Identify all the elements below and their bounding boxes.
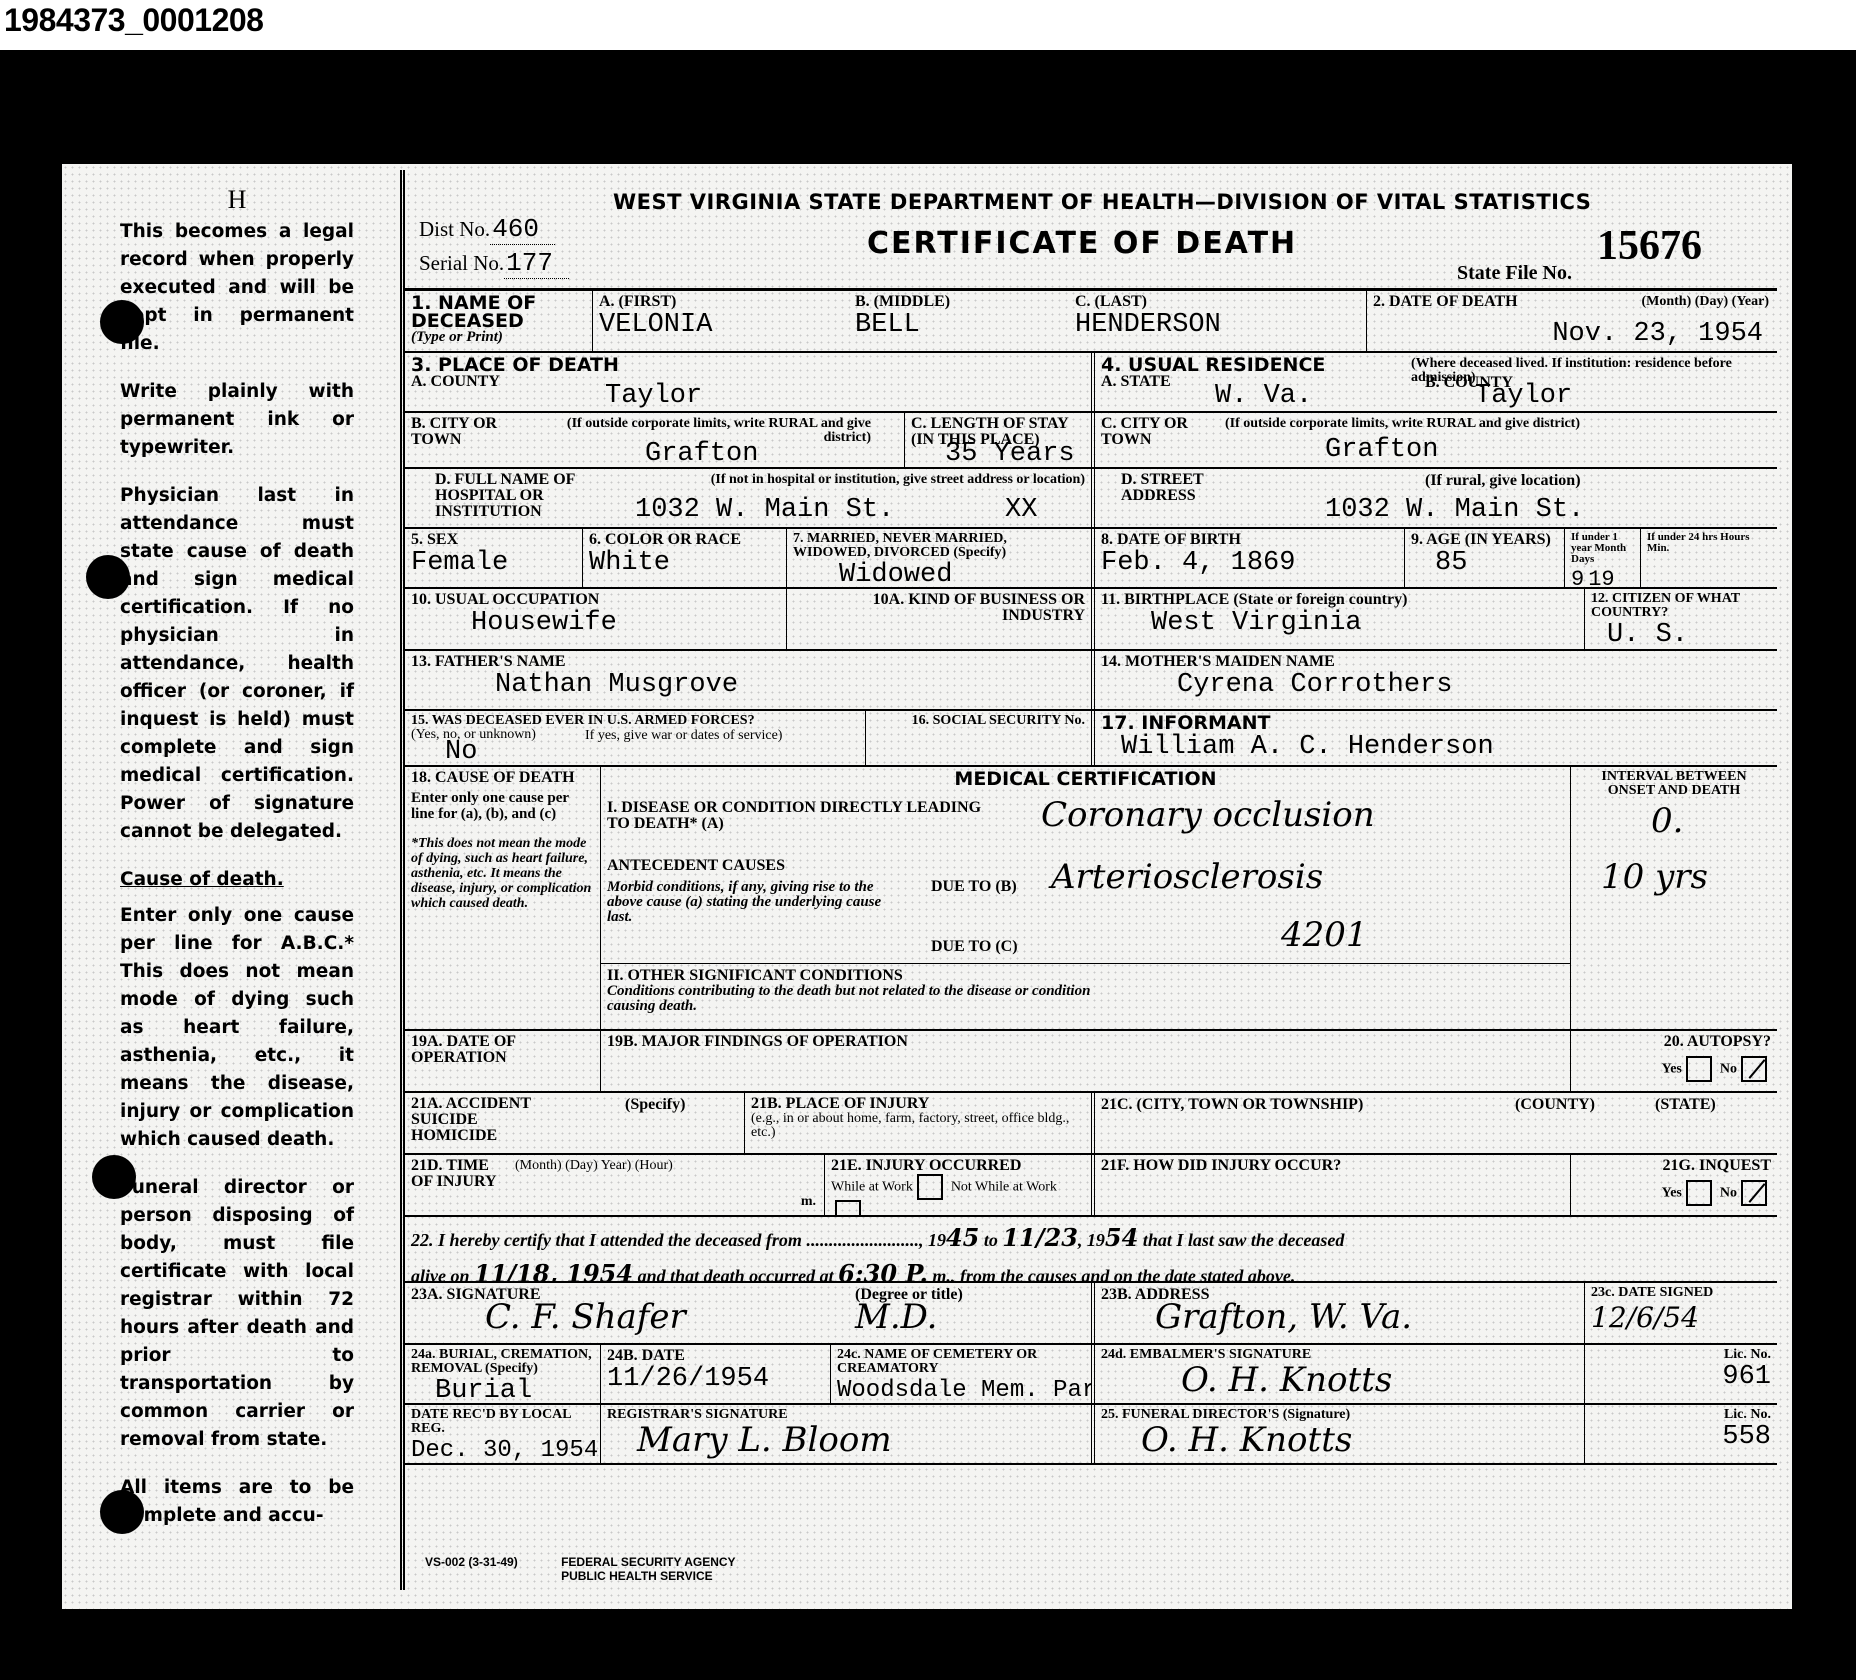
hospital-cell: d. FULL NAME OF HOSPITAL OR INSTITUTION …	[405, 469, 1095, 527]
row-armed-forces: 15. WAS DECEASED EVER IN U.S. ARMED FORC…	[405, 711, 1777, 767]
burial-type: Burial	[411, 1376, 594, 1403]
date-of-birth: Feb. 4, 1869	[1101, 548, 1398, 578]
under-24-hours-cell: If under 24 hrs Hours Min.	[1641, 529, 1777, 587]
hospital-mark: XX	[1005, 495, 1037, 525]
residence-street: 1032 W. Main St.	[1325, 495, 1584, 525]
mother-name: Cyrena Corrothers	[1101, 670, 1771, 700]
form-grid: 1. NAME OF DECEASED (Type or Print) a. (…	[405, 288, 1777, 1465]
registrar-signature: Mary L. Bloom	[607, 1422, 1085, 1458]
physician-signature: C. F. Shafer	[485, 1299, 686, 1335]
embalmer-signature: O. H. Knotts	[1101, 1362, 1578, 1398]
date-signed-cell: 23c. DATE SIGNED 12/6/54	[1585, 1283, 1777, 1343]
cause-a: Coronary occlusion	[1041, 797, 1375, 833]
age-days: 19	[1588, 567, 1614, 587]
row-city: b. CITY OR TOWN (If outside corporate li…	[405, 413, 1777, 469]
burial-date-cell: 24b. DATE 11/26/1954	[601, 1345, 831, 1403]
physician-degree: M.D.	[855, 1299, 937, 1335]
instruction-write: Write plainly with permanent ink or type…	[120, 378, 354, 462]
sidebar-marker: H	[120, 186, 354, 214]
registrar-signature-cell: REGISTRAR'S SIGNATURE Mary L. Bloom	[601, 1405, 1095, 1463]
medical-certification-title: MEDICAL CERTIFICATION	[607, 770, 1564, 788]
dist-no-value: 460	[490, 214, 555, 245]
instruction-cause: Enter only one cause per line for A.B.C.…	[120, 902, 354, 1154]
race: White	[589, 548, 780, 578]
operation-date-cell: 19a. DATE OF OPERATION	[405, 1031, 601, 1091]
first-name: VELONIA	[599, 310, 843, 340]
marital-status: Widowed	[793, 560, 1085, 587]
instruction-funeral: Funeral director or person disposing of …	[120, 1174, 354, 1454]
state-file-no: 15676	[1597, 222, 1702, 270]
form-footer: VS-002 (3-31-49) FEDERAL SECURITY AGENCY…	[425, 1555, 781, 1583]
residence-county: Taylor	[1475, 381, 1572, 411]
date-of-death-cell: 2. DATE OF DEATH (Month) (Day) (Year) No…	[1367, 291, 1777, 351]
informant: William A. C. Henderson	[1101, 732, 1771, 762]
inquest-yes-checkbox[interactable]	[1686, 1180, 1712, 1206]
armed-forces-cell: 15. WAS DECEASED EVER IN U.S. ARMED FORC…	[405, 711, 865, 765]
citizenship: U. S.	[1591, 620, 1771, 649]
funeral-director-signature: O. H. Knotts	[1101, 1422, 1578, 1458]
inquest-cell: 21g. INQUEST Yes No	[1571, 1155, 1777, 1215]
punch-hole-3	[92, 1155, 136, 1199]
birthplace-cell: 11. BIRTHPLACE (State or foreign country…	[1095, 589, 1585, 649]
row-injury-time: 21d. TIME OF INJURY (Month) (Day) Year) …	[405, 1155, 1777, 1217]
row-burial: 24a. BURIAL, CREMATION, REMOVAL (Specify…	[405, 1345, 1777, 1405]
row-occupation: 10. USUAL OCCUPATION Housewife 10a. KIND…	[405, 589, 1777, 651]
funeral-lic-cell: Lic. No. 558	[1585, 1405, 1777, 1463]
place-city-cell: b. CITY OR TOWN (If outside corporate li…	[405, 413, 905, 467]
cemetery-cell: 24c. NAME OF CEMETERY OR CREAMATORY Wood…	[831, 1345, 1095, 1403]
place-county-cell: 3. PLACE OF DEATH a. COUNTY Taylor	[405, 353, 1095, 411]
row-place: 3. PLACE OF DEATH a. COUNTY Taylor 4. US…	[405, 353, 1777, 413]
cause-instructions-cell: 18. CAUSE OF DEATH Enter only one cause …	[405, 767, 601, 1029]
occupation-cell: 10. USUAL OCCUPATION Housewife	[405, 589, 787, 649]
other-conditions: II. OTHER SIGNIFICANT CONDITIONS Conditi…	[601, 963, 1570, 1018]
marital-cell: 7. MARRIED, NEVER MARRIED, WIDOWED, DIVO…	[787, 529, 1095, 587]
certification-statement: 22. I hereby certify that I attended the…	[405, 1217, 1777, 1281]
cause-b: Arteriosclerosis	[1051, 859, 1323, 895]
inquest-no-checkbox[interactable]	[1741, 1180, 1767, 1206]
row-medical: 18. CAUSE OF DEATH Enter only one cause …	[405, 767, 1777, 1031]
row-operation: 19a. DATE OF OPERATION 19b. MAJOR FINDIN…	[405, 1031, 1777, 1093]
not-while-at-work-checkbox[interactable]	[835, 1200, 861, 1215]
row-personal: 5. SEX Female 6. COLOR OR RACE White 7. …	[405, 529, 1777, 589]
age-cell: 9. AGE (In years) 85	[1405, 529, 1565, 587]
last-name: HENDERSON	[1075, 310, 1360, 340]
middle-name-cell: b. (Middle) BELL	[849, 291, 1069, 351]
funeral-lic-no: 558	[1591, 1422, 1771, 1452]
instruction-legal: This becomes a legal record when properl…	[120, 218, 354, 358]
middle-name: BELL	[855, 310, 1063, 340]
certificate-title: CERTIFICATE OF DEATH	[867, 226, 1297, 261]
row-injury-type: 21a. ACCIDENT SUICIDE HOMICIDE (Specify)…	[405, 1093, 1777, 1155]
last-name-cell: c. (Last) HENDERSON	[1069, 291, 1367, 351]
hospital-address: 1032 W. Main St.	[635, 495, 894, 525]
cause-of-death-heading: Cause of death.	[120, 866, 354, 894]
residence-state-cell: 4. USUAL RESIDENCE (Where deceased lived…	[1095, 353, 1777, 411]
embalmer-cell: 24d. EMBALMER'S SIGNATURE O. H. Knotts	[1095, 1345, 1585, 1403]
birthplace: West Virginia	[1101, 608, 1578, 638]
embalmer-lic-no: 961	[1591, 1362, 1771, 1392]
injury-place-cell: 21b. PLACE OF INJURY (e.g., in or about …	[745, 1093, 1095, 1153]
agency: FEDERAL SECURITY AGENCY PUBLIC HEALTH SE…	[561, 1555, 781, 1583]
date-received-cell: DATE REC'D BY LOCAL REG. Dec. 30, 1954	[405, 1405, 601, 1463]
instruction-complete: All items are to be complete and accu-	[120, 1474, 354, 1530]
funeral-director-cell: 25. FUNERAL DIRECTOR'S (Signature) O. H.…	[1095, 1405, 1585, 1463]
autopsy-cell: 20. AUTOPSY? Yes No	[1571, 1031, 1777, 1091]
death-certificate-form: WEST VIRGINIA STATE DEPARTMENT OF HEALTH…	[400, 170, 1772, 1590]
interval-a: 0.	[1651, 803, 1683, 839]
embalmer-lic-cell: Lic. No. 961	[1585, 1345, 1777, 1403]
mother-cell: 14. MOTHER'S MAIDEN NAME Cyrena Corrothe…	[1095, 651, 1777, 709]
row-address: d. FULL NAME OF HOSPITAL OR INSTITUTION …	[405, 469, 1777, 529]
autopsy-yes-checkbox[interactable]	[1686, 1056, 1712, 1082]
dob-cell: 8. DATE OF BIRTH Feb. 4, 1869	[1095, 529, 1405, 587]
place-county: Taylor	[605, 381, 702, 411]
causes-cell: MEDICAL CERTIFICATION I. DISEASE OR COND…	[601, 767, 1571, 1029]
burial-date: 11/26/1954	[607, 1364, 824, 1394]
residence-city-cell: c. CITY OR TOWN (If outside corporate li…	[1095, 413, 1777, 467]
serial-no-field: Serial No.177	[419, 248, 569, 278]
ssn-cell: 16. SOCIAL SECURITY No.	[865, 711, 1095, 765]
armed-forces-answer: No	[445, 737, 477, 765]
last-seen-alive: 11/18, 1954	[474, 1259, 633, 1281]
race-cell: 6. COLOR OR RACE White	[583, 529, 787, 587]
time-of-death: 6:30 P.	[838, 1259, 928, 1281]
row-signature: 23a. SIGNATURE (Degree or title) C. F. S…	[405, 1283, 1777, 1345]
father-cell: 13. FATHER'S NAME Nathan Musgrove	[405, 651, 1095, 709]
cause-c: 4201	[1281, 917, 1368, 953]
informant-cell: 17. INFORMANT William A. C. Henderson	[1095, 711, 1777, 765]
date-received: Dec. 30, 1954	[411, 1436, 594, 1463]
injury-time-cell: 21d. TIME OF INJURY (Month) (Day) Year) …	[405, 1155, 825, 1215]
dist-no-field: Dist No.460	[419, 214, 555, 244]
punch-hole-1	[100, 300, 144, 344]
name-label-cell: 1. NAME OF DECEASED (Type or Print)	[405, 291, 593, 351]
residence-state: W. Va.	[1215, 381, 1312, 411]
physician-address: Grafton, W. Va.	[1155, 1299, 1412, 1335]
physician-address-cell: 23b. ADDRESS Grafton, W. Va.	[1095, 1283, 1585, 1343]
instruction-physician: Physician last in attendance must state …	[120, 482, 354, 846]
cemetery-name: Woodsdale Mem. Park.	[837, 1376, 1085, 1403]
date-of-death: Nov. 23, 1954	[1552, 319, 1763, 349]
attended-to-date: 11/23	[1002, 1223, 1078, 1252]
row-parents: 13. FATHER'S NAME Nathan Musgrove 14. MO…	[405, 651, 1777, 711]
injury-location-cell: 21c. (CITY, TOWN OR TOWNSHIP) (COUNTY) (…	[1095, 1093, 1777, 1153]
occupation: Housewife	[411, 608, 780, 638]
serial-no-value: 177	[504, 248, 569, 279]
age-months: 9	[1571, 567, 1584, 587]
length-of-stay: 35 Years	[945, 439, 1075, 467]
row-name: 1. NAME OF DECEASED (Type or Print) a. (…	[405, 291, 1777, 353]
punch-hole-2	[86, 555, 130, 599]
residence-street-cell: d. STREET ADDRESS (If rural, give locati…	[1095, 469, 1777, 527]
burial-type-cell: 24a. BURIAL, CREMATION, REMOVAL (Specify…	[405, 1345, 601, 1403]
form-number: VS-002 (3-31-49)	[425, 1555, 518, 1569]
first-name-cell: a. (First) VELONIA	[593, 291, 849, 351]
instructions-sidebar: H This becomes a legal record when prope…	[62, 164, 362, 1609]
place-city: Grafton	[645, 439, 758, 467]
interval-cell: INTERVAL BETWEEN ONSET AND DEATH 0. 10 y…	[1571, 767, 1777, 1029]
citizen-cell: 12. CITIZEN OF WHAT COUNTRY? U. S.	[1585, 589, 1777, 649]
physician-signature-cell: 23a. SIGNATURE (Degree or title) C. F. S…	[405, 1283, 1095, 1343]
department-title: WEST VIRGINIA STATE DEPARTMENT OF HEALTH…	[613, 190, 1591, 214]
father-name: Nathan Musgrove	[411, 670, 1085, 700]
operation-findings-cell: 19b. MAJOR FINDINGS OF OPERATION	[601, 1031, 1571, 1091]
age: 85	[1411, 548, 1558, 578]
autopsy-no-checkbox[interactable]	[1741, 1056, 1767, 1082]
sex: Female	[411, 548, 576, 578]
interval-b: 10 yrs	[1601, 859, 1708, 895]
date-signed: 12/6/54	[1591, 1300, 1771, 1336]
attended-from-year: 45	[946, 1223, 979, 1252]
injury-type-cell: 21a. ACCIDENT SUICIDE HOMICIDE (Specify)	[405, 1093, 745, 1153]
row-certification: 22. I hereby certify that I attended the…	[405, 1217, 1777, 1283]
under-one-year-cell: If under 1 year Month Days 9 19	[1565, 529, 1641, 587]
scan-id: 1984373_0001208	[4, 2, 263, 39]
attended-to-year: 54	[1105, 1223, 1138, 1252]
punch-hole-4	[100, 1490, 144, 1534]
state-file-label: State File No.	[1457, 262, 1572, 285]
residence-city: Grafton	[1325, 435, 1438, 465]
business-cell: 10a. KIND OF BUSINESS OR INDUSTRY	[787, 589, 1095, 649]
injury-how-cell: 21f. HOW DID INJURY OCCUR?	[1095, 1155, 1571, 1215]
row-registrar: DATE REC'D BY LOCAL REG. Dec. 30, 1954 R…	[405, 1405, 1777, 1465]
injury-occurred-cell: 21e. INJURY OCCURRED While at Work Not W…	[825, 1155, 1095, 1215]
length-of-stay-cell: c. LENGTH OF STAY (in this place) 35 Yea…	[905, 413, 1095, 467]
sex-cell: 5. SEX Female	[405, 529, 583, 587]
while-at-work-checkbox[interactable]	[917, 1174, 943, 1200]
